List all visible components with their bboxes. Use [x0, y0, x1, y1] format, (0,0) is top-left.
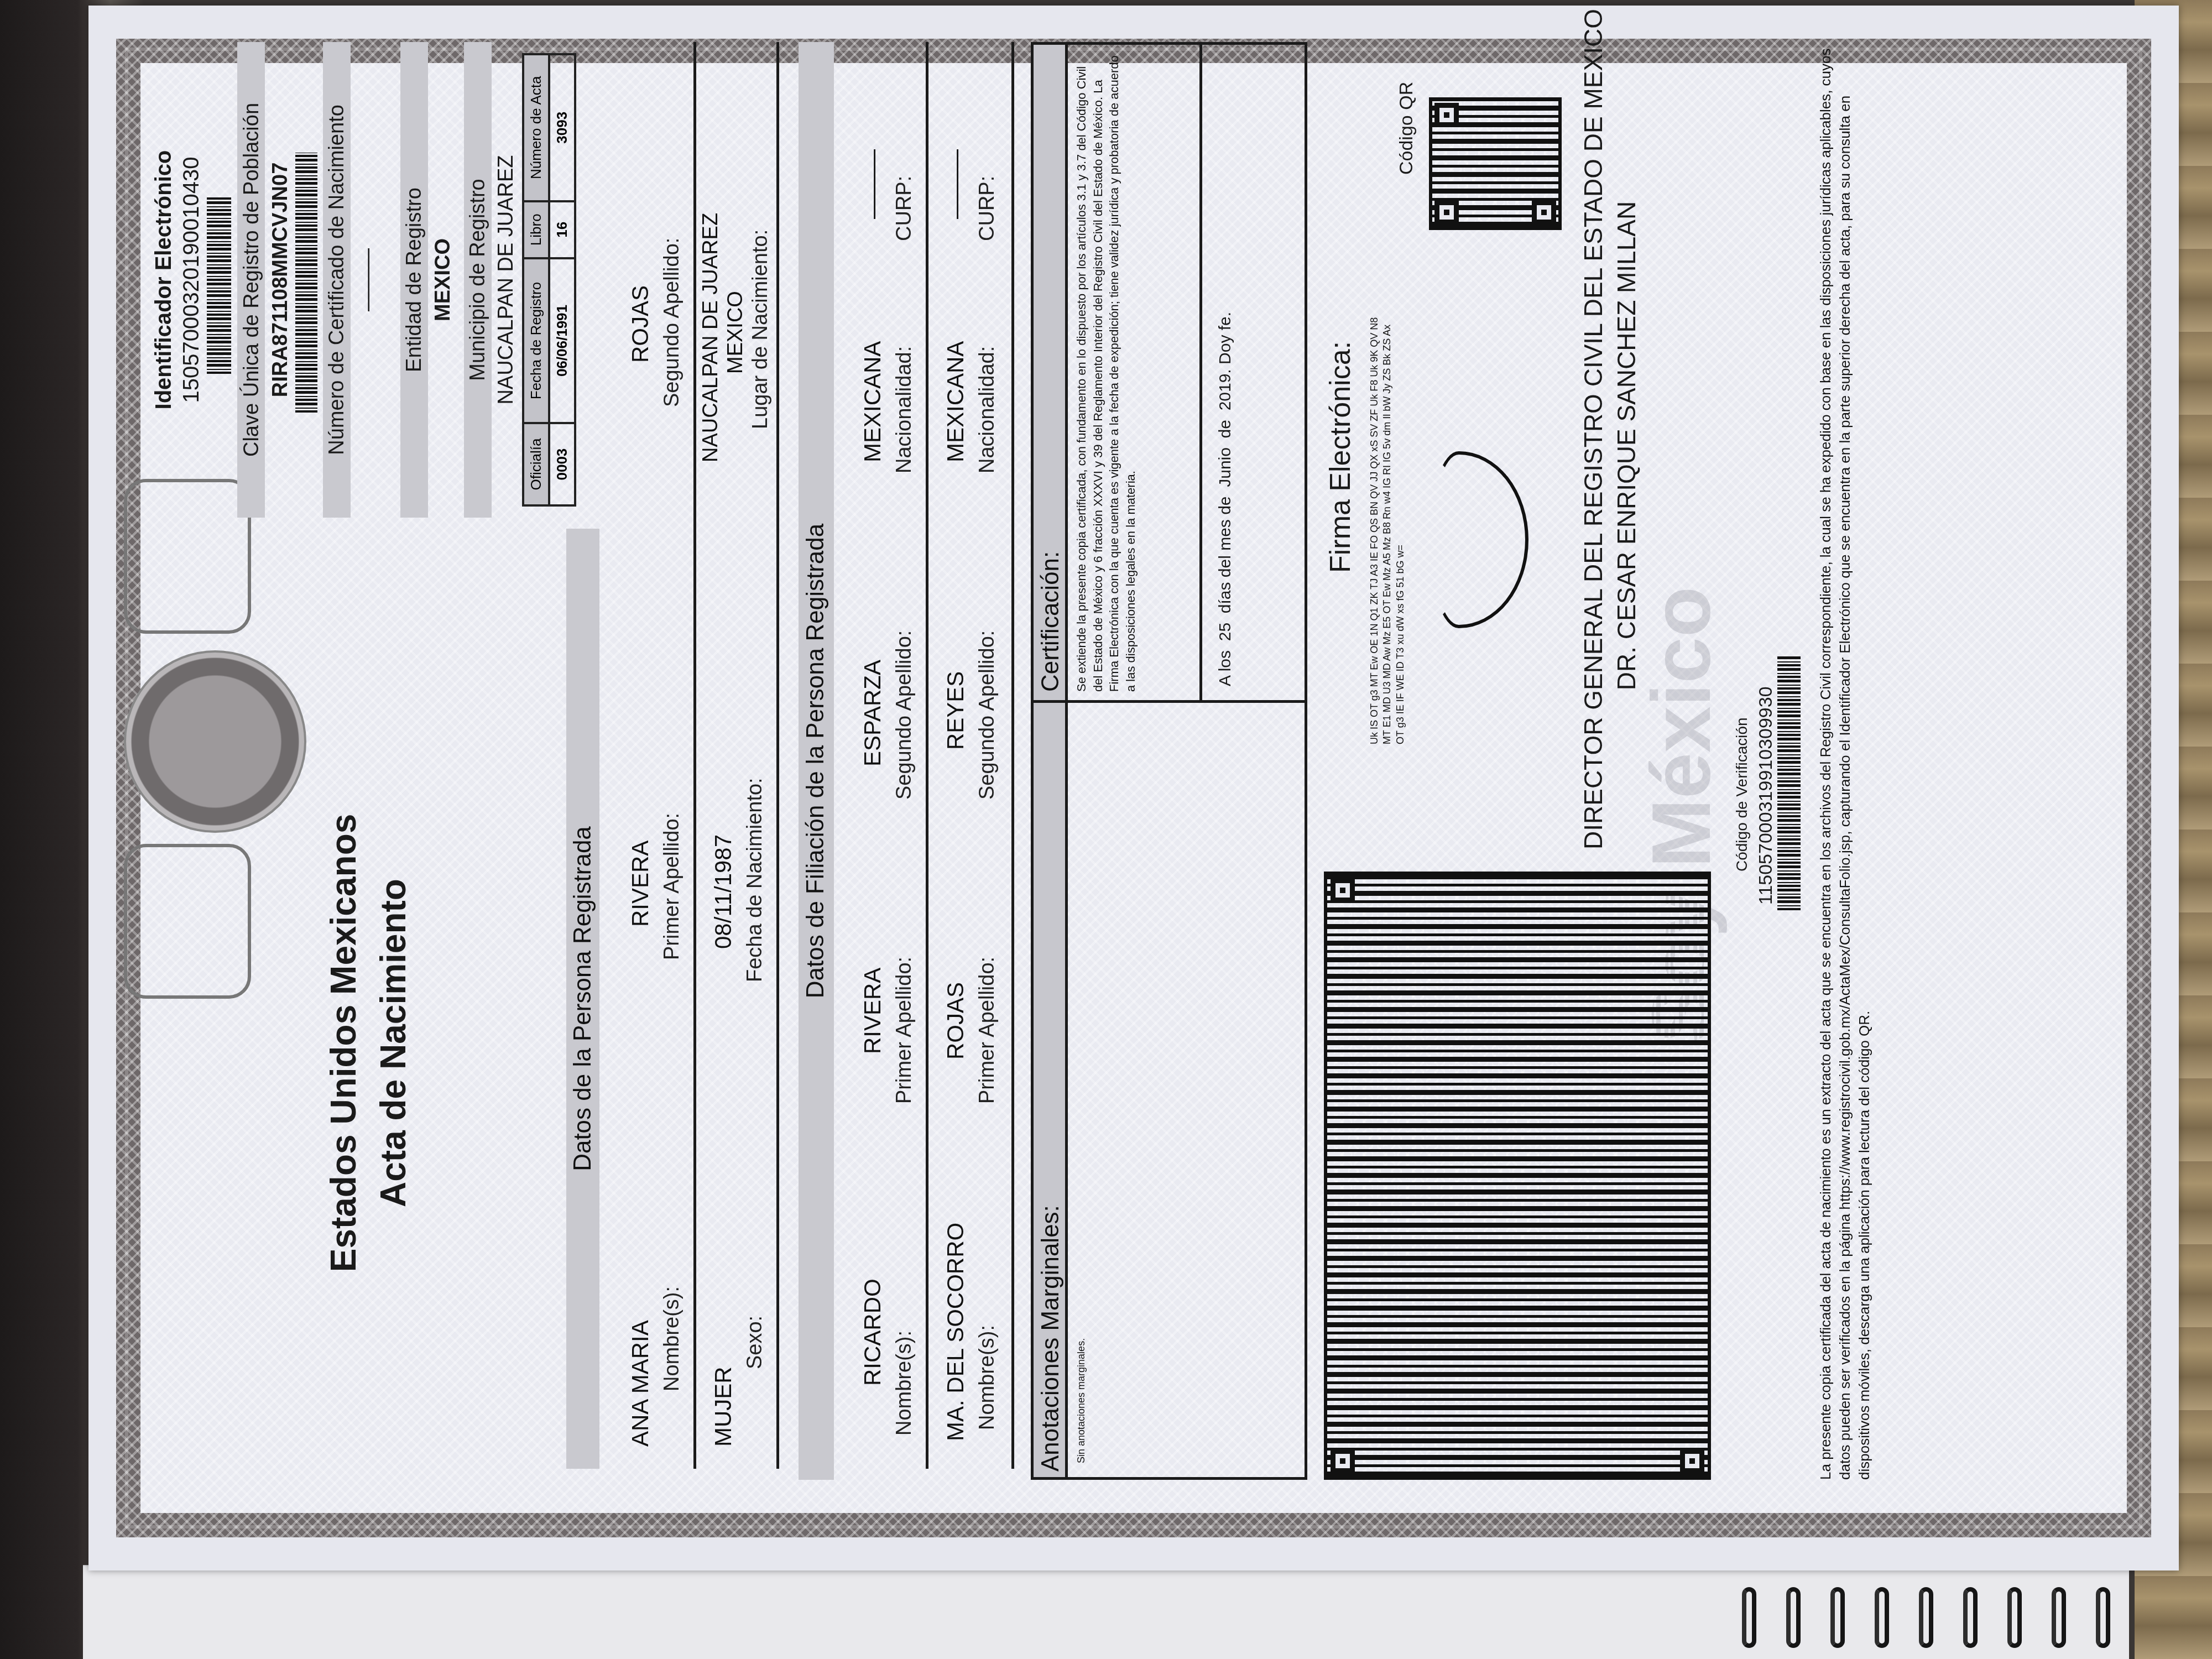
- spiral-ring: [1786, 1587, 1801, 1648]
- lugar-nacimiento-label: Lugar de Nacimiento:: [749, 229, 773, 429]
- signer-name: DR. CESAR ENRIQUE SANCHEZ MILLAN: [1611, 42, 1641, 849]
- parent2-nombre-value: MA. DEL SOCORRO: [942, 1223, 969, 1441]
- parent1-primer-apellido-value: RIVERA: [859, 968, 886, 1054]
- spiral-ring: [2052, 1587, 2066, 1648]
- birth-certificate-page: Soy México Estados Unidos Mexicanos Acta…: [88, 6, 2179, 1571]
- signature-hash-line: OT g3 IE IF WE ID T3 xu dW xs fG 51 bG w…: [1394, 317, 1407, 744]
- parent2-segundo-apellido-label: Segundo Apellido:: [975, 630, 999, 800]
- parent2-primer-apellido-value: ROJAS: [942, 982, 969, 1060]
- parent2-primer-apellido-label: Primer Apellido:: [975, 957, 999, 1104]
- parent1-nombre-label: Nombre(s):: [893, 1331, 916, 1436]
- qr-code-label: Código QR: [1396, 82, 1417, 175]
- parent1-segundo-apellido-label: Segundo Apellido:: [893, 630, 916, 800]
- col-oficialia: Oficialía: [523, 423, 549, 505]
- electronic-id-barcode: [207, 197, 231, 374]
- parent1-primer-apellido-label: Primer Apellido:: [893, 957, 916, 1104]
- sexo-value: MUJER: [710, 1366, 737, 1447]
- parent1-curp-label: CURP:: [893, 176, 916, 241]
- fecha-nacimiento-value: 08/11/1987: [710, 834, 737, 949]
- marginal-notes-text: Sin anotaciones marginales.: [1075, 1338, 1088, 1463]
- handwritten-signature: [1429, 451, 1528, 628]
- signer-title: DIRECTOR GENERAL DEL REGISTRO CIVIL DEL …: [1578, 42, 1608, 849]
- col-numero-acta: Número de Acta: [523, 54, 549, 201]
- spiral-ring: [1830, 1587, 1845, 1648]
- qr-code[interactable]: [1429, 97, 1562, 230]
- box-divider: [1034, 700, 1305, 703]
- notebook-binder: [83, 1565, 2129, 1659]
- divider: [693, 42, 696, 1469]
- national-seal-icon: [124, 650, 306, 833]
- parent2-nombre-label: Nombre(s):: [975, 1325, 999, 1430]
- registry-table-header: Oficialía Fecha de Registro Libro Número…: [523, 54, 549, 505]
- parent2-curp-value: ———: [942, 149, 969, 219]
- lugar-nacimiento-value-1: NAUCALPAN DE JUAREZ: [699, 213, 723, 462]
- municipality-label: Municipio de Registro: [466, 42, 490, 518]
- certification-text-wrap: Se extiende la presente copia certificad…: [1073, 50, 1139, 692]
- curp-label: Clave Única de Registro de Población: [240, 42, 264, 518]
- fecha-nacimiento-label: Fecha de Nacimiento:: [743, 778, 767, 982]
- registry-table-row: 0003 06/06/1991 16 3093: [549, 54, 575, 505]
- large-qr-code[interactable]: [1324, 872, 1711, 1480]
- entity-value: MEXICO: [431, 42, 455, 518]
- signature-hash-line: MT E1 MD U3 MD Aw Mz E5 OT Ew Mz A5 Mz B…: [1381, 317, 1394, 744]
- electronic-id-label: Identificador Electrónico: [152, 42, 176, 518]
- document-photo: Soy México Estados Unidos Mexicanos Acta…: [88, 6, 2179, 1571]
- segundo-apellido-label: Segundo Apellido:: [660, 238, 684, 407]
- cell-libro: 16: [549, 201, 575, 258]
- marginal-notes-title: Anotaciones Marginales:: [1037, 1205, 1065, 1472]
- verification-code-label: Código de Verificación: [1733, 717, 1751, 872]
- curp-barcode: [295, 153, 317, 413]
- certificate-number-label: Número de Certificado de Nacimiento: [325, 42, 349, 518]
- qr-finder: [1434, 200, 1459, 225]
- parent1-nacionalidad-label: Nacionalidad:: [893, 346, 916, 473]
- sexo-label: Sexo:: [743, 1316, 767, 1369]
- divider: [926, 42, 928, 1469]
- col-fecha-registro: Fecha de Registro: [523, 258, 549, 423]
- signature-hash-line: Uk IS OT g3 MT Ew OE 1N Q1 ZK TJ A3 IE F…: [1368, 317, 1381, 744]
- certification-text: Se extiende la presente copia certificad…: [1073, 50, 1139, 692]
- parent1-nacionalidad-value: MEXICANA: [859, 341, 886, 462]
- filiation-title: Datos de Filiación de la Persona Registr…: [802, 42, 830, 1480]
- cell-fecha-registro: 06/06/1991: [549, 258, 575, 423]
- spiral-ring: [2096, 1587, 2110, 1648]
- nombre-value: ANA MARIA: [627, 1320, 654, 1447]
- lugar-nacimiento-value-2: MEXICO: [724, 291, 748, 374]
- certification-date: A los 25 días del mes de Junio de 2019. …: [1216, 312, 1235, 686]
- certification-divider: [1199, 45, 1202, 700]
- spiral-ring: [1919, 1587, 1933, 1648]
- primer-apellido-label: Primer Apellido:: [660, 813, 684, 960]
- qr-finder: [1434, 103, 1459, 127]
- cell-oficialia: 0003: [549, 423, 575, 505]
- verification-barcode: [1777, 656, 1801, 910]
- spiral-ring: [1742, 1587, 1756, 1648]
- divider: [776, 42, 779, 1469]
- col-libro: Libro: [523, 201, 549, 258]
- country-title: Estados Unidos Mexicanos: [323, 573, 364, 1513]
- ornamental-border: Soy México Estados Unidos Mexicanos Acta…: [116, 39, 2151, 1537]
- qr-finder: [1331, 878, 1355, 902]
- municipality-value: NAUCALPAN DE JUAREZ: [494, 42, 518, 518]
- divider: [1011, 42, 1014, 1469]
- spiral-ring: [1875, 1587, 1889, 1648]
- parent2-curp-label: CURP:: [975, 176, 999, 241]
- electronic-id-value: 15057000320190010430: [179, 42, 204, 518]
- document-title: Acta de Nacimiento: [373, 573, 414, 1513]
- cell-numero-acta: 3093: [549, 54, 575, 201]
- qr-finder: [1331, 1449, 1355, 1473]
- entity-label: Entidad de Registro: [403, 42, 426, 518]
- qr-finder: [1680, 1449, 1704, 1473]
- spiral-ring: [2007, 1587, 2022, 1648]
- parent1-nombre-value: RICARDO: [859, 1279, 886, 1386]
- annotations-certification-box: Anotaciones Marginales: Certificación: S…: [1031, 42, 1307, 1480]
- decorative-ornament-left: [124, 844, 251, 999]
- parent2-nacionalidad-value: MEXICANA: [942, 341, 969, 462]
- segundo-apellido-value: ROJAS: [627, 285, 654, 363]
- verification-code-value: 115057000319910309930: [1755, 686, 1777, 905]
- footer-legal-text: La presente copia certificada del acta d…: [1816, 42, 1874, 1480]
- signature-title: Firma Electrónica:: [1324, 341, 1357, 573]
- curp-value: RIRA871108MMCVJN07: [269, 42, 293, 518]
- registered-person-title: Datos de la Persona Registrada: [569, 529, 597, 1469]
- parent2-nacionalidad-label: Nacionalidad:: [975, 346, 999, 473]
- nombre-label: Nombre(s):: [660, 1286, 684, 1391]
- certificate-number-value: ———: [356, 42, 380, 518]
- qr-finder: [1532, 200, 1556, 225]
- spiral-ring: [1963, 1587, 1978, 1648]
- parent2-segundo-apellido-value: REYES: [942, 671, 969, 750]
- certification-title: Certificación:: [1037, 551, 1065, 692]
- registry-table: Oficialía Fecha de Registro Libro Número…: [522, 53, 576, 507]
- footer-wrap: La presente copia certificada del acta d…: [1816, 42, 1874, 1480]
- parent1-segundo-apellido-value: ESPARZA: [859, 660, 886, 766]
- parent1-curp-value: ———: [859, 149, 886, 219]
- primer-apellido-value: RIVERA: [627, 841, 654, 927]
- signature-hash: Uk IS OT g3 MT Ew OE 1N Q1 ZK TJ A3 IE F…: [1368, 317, 1407, 744]
